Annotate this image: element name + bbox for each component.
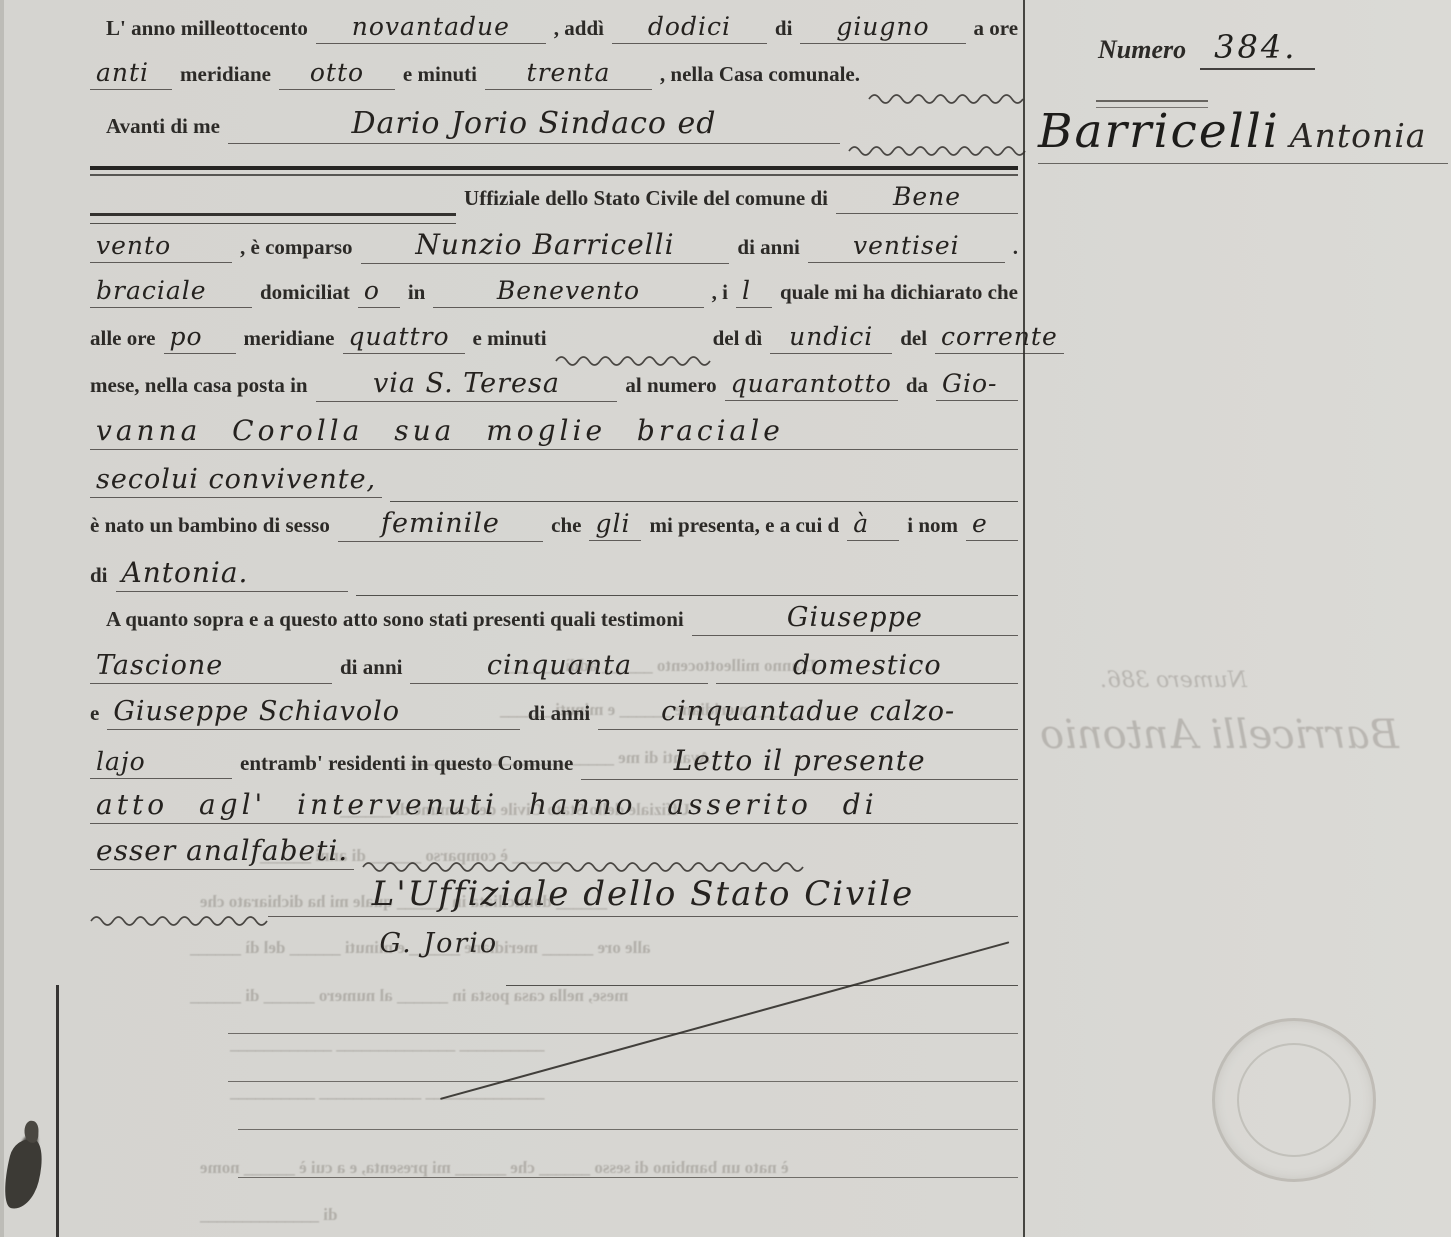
birth-act-body: L' anno milleottocentonovantadue, addìdo… [90,12,1018,1184]
printed-form-text: al numero [625,373,716,398]
document-page: L'anno milleottocento ______ addì ______… [0,0,1451,1237]
printed-form-text: del [900,326,927,351]
left-margin-rule [56,985,59,1237]
handwritten-entry: feminile [338,508,543,542]
blank-rule [390,501,1018,502]
printed-form-text: e minuti [473,326,547,351]
handwritten-entry: Letto il presente [581,744,1018,780]
handwritten-entry: domestico [716,650,1018,684]
flourish-wave [90,914,260,926]
numero-label: Numero [1098,35,1186,65]
act-number-value: 384. [1200,28,1315,70]
printed-form-text: che [551,513,581,538]
act-line-read: atto agl' intervenuti hanno asserito di [90,788,1018,834]
act-line-illiterate: esser analfabeti. [90,834,1018,874]
embossed-stamp [1212,1018,1376,1182]
printed-form-text: a ore [974,16,1019,41]
handwritten-entry: giugno [800,12,965,44]
handwritten-entry: cinquantadue calzo- [598,696,1018,730]
blank-rule [356,595,1018,596]
registered-name: Barricelli Antonia [1038,104,1448,164]
embossed-stamp-inner-ring [1237,1043,1351,1157]
handwritten-entry: Gio- [936,369,1018,401]
printed-form-text: alle ore [90,326,156,351]
printed-form-text: da [906,373,928,398]
printed-form-text: L' anno milleottocento [106,16,308,41]
act-line-residence: bracialedomiciliatoinBenevento, ilquale … [90,276,1018,322]
printed-form-text: , i [712,280,728,305]
handwritten-entry: cinquanta [410,650,708,684]
printed-form-text: in [408,280,426,305]
printed-form-text: del dì [713,326,763,351]
handwritten-entry: à [847,509,899,541]
handwritten-entry: Dario Jorio Sindaco ed [228,106,840,144]
handwritten-entry: via S. Teresa [316,368,618,402]
printed-form-text: di [90,563,108,588]
handwritten-entry: Tascione [90,650,332,684]
act-line-year: L' anno milleottocentonovantadue, addìdo… [90,12,1018,58]
handwritten-entry: Benevento [433,276,703,308]
printed-form-text: A quanto sopra e a questo atto sono stat… [106,607,684,632]
printed-form-text: mese, nella casa posta in [90,373,308,398]
printed-form-text: , addì [554,16,604,41]
handwritten-entry: quattro [343,322,465,354]
act-line-witness2: eGiuseppe Schiavolodi annicinquantadue c… [90,696,1018,744]
handwritten-entry: atto agl' intervenuti hanno asserito di [90,788,1018,824]
handwritten-entry: ventisei [808,231,1005,263]
flourish-wave [848,144,1018,156]
printed-form-text: Uffiziale dello Stato Civile del comune … [464,186,828,211]
printed-form-text: è nato un bambino di sesso [90,513,330,538]
act-line-time: antimeridianeottoe minutitrenta, nella C… [90,58,1018,106]
printed-form-text: mi presenta, e a cui d [649,513,839,538]
signature-line: G. Jorio [90,928,1018,992]
handwritten-entry: novantadue [316,12,546,44]
printed-form-text: domiciliat [260,280,350,305]
handwritten-entry: G. Jorio [380,928,499,959]
handwritten-entry: dodici [612,12,767,44]
flourish-wave [555,354,705,366]
act-line-official: Avanti di meDario Jorio Sindaco ed [90,106,1018,158]
printed-form-text: di [775,16,793,41]
handwritten-entry: quarantotto [725,369,898,401]
handwritten-entry: l [736,276,772,308]
printed-form-text: i nom [907,513,958,538]
printed-form-text: di anni [340,655,402,680]
handwritten-entry: L'Uffiziale dello Stato Civile [268,874,1018,917]
blank-rule [90,213,456,224]
handwritten-entry: Giuseppe [692,602,1018,636]
handwritten-entry: trenta [485,58,652,90]
printed-form-text: meridiane [244,326,335,351]
column-separator-rule [1023,0,1025,1237]
printed-form-text: Avanti di me [106,114,220,139]
blank-ruled-line [90,992,1018,1040]
handwritten-entry: Giuseppe Schiavolo [107,696,519,730]
printed-form-text: , è comparso [240,235,353,260]
act-line-sex: è nato un bambino di sessofeminilechegli… [90,508,1018,556]
printed-form-text: meridiane [180,62,271,87]
blank-rule [238,1177,1018,1178]
act-line-witness-intro: A quanto sopra e a questo atto sono stat… [90,602,1018,650]
handwritten-entry: secolui convivente, [90,464,382,498]
ink-blot [0,1135,48,1213]
handwritten-entry: Bene [836,182,1018,214]
bleedthrough-text: di ______________ [200,1205,337,1225]
act-line-mother: vanna Corolla sua moglie braciale [90,414,1018,464]
blank-rule [238,1129,1018,1130]
act-line-cohabiting: secolui convivente, [90,464,1018,508]
flourish-wave [362,860,792,872]
printed-form-text: . [1013,235,1018,260]
handwritten-entry: o [358,276,400,308]
act-line-birth-place: mese, nella casa posta invia S. Teresaal… [90,368,1018,414]
blank-ruled-line [90,1088,1018,1136]
printed-form-text: , nella Casa comunale. [660,62,860,87]
printed-form-text: entramb' residenti in questo Comune [240,751,573,776]
handwritten-entry: po [164,322,236,354]
printed-form-text: quale mi ha dichiarato che [780,280,1018,305]
printed-form-text: di anni [528,701,590,726]
act-line-name: diAntonia. [90,556,1018,602]
registered-given-name: Antonia [1290,116,1427,155]
printed-form-text: e [90,701,99,726]
flourish-wave [868,92,1018,104]
handwritten-entry: esser analfabeti. [90,834,354,870]
act-line-comune: Uffiziale dello Stato Civile del comune … [90,182,1018,228]
blank-rule [228,1033,1018,1034]
scan-edge [0,0,4,1237]
handwritten-entry: anti [90,58,172,90]
handwritten-entry: gli [589,509,641,541]
handwritten-entry: vento [90,231,232,263]
handwritten-entry: otto [279,58,395,90]
handwritten-entry: vanna Corolla sua moglie braciale [90,414,1018,450]
handwritten-entry: Antonia. [116,556,348,592]
blank-rule [506,985,1018,986]
printed-form-text: di anni [737,235,799,260]
registered-surname: Barricelli [1038,104,1280,159]
printed-form-text: e minuti [403,62,477,87]
handwritten-entry: lajo [90,747,232,779]
handwritten-entry: undici [770,322,892,354]
handwritten-entry: Nunzio Barricelli [361,228,730,264]
act-line-witness2b: lajoentramb' residenti in questo ComuneL… [90,744,1018,788]
blank-ruled-line [90,1040,1018,1088]
section-divider [90,166,1018,176]
blank-ruled-line [90,1136,1018,1184]
blank-rule [228,1081,1018,1082]
act-line-officer-title: L'Uffiziale dello Stato Civile [90,874,1018,928]
act-number-row: Numero 384. [1098,28,1315,70]
handwritten-entry: braciale [90,276,252,308]
act-lines-container: L' anno milleottocentonovantadue, addìdo… [90,12,1018,1184]
act-line-witness1: Tascionedi annicinquantadomestico [90,650,1018,696]
act-line-declarant: vento, è comparsoNunzio Barricellidi ann… [90,228,1018,276]
act-line-birth-time: alle orepomeridianequattroe minutidel dì… [90,322,1018,368]
handwritten-entry: e [966,509,1018,541]
